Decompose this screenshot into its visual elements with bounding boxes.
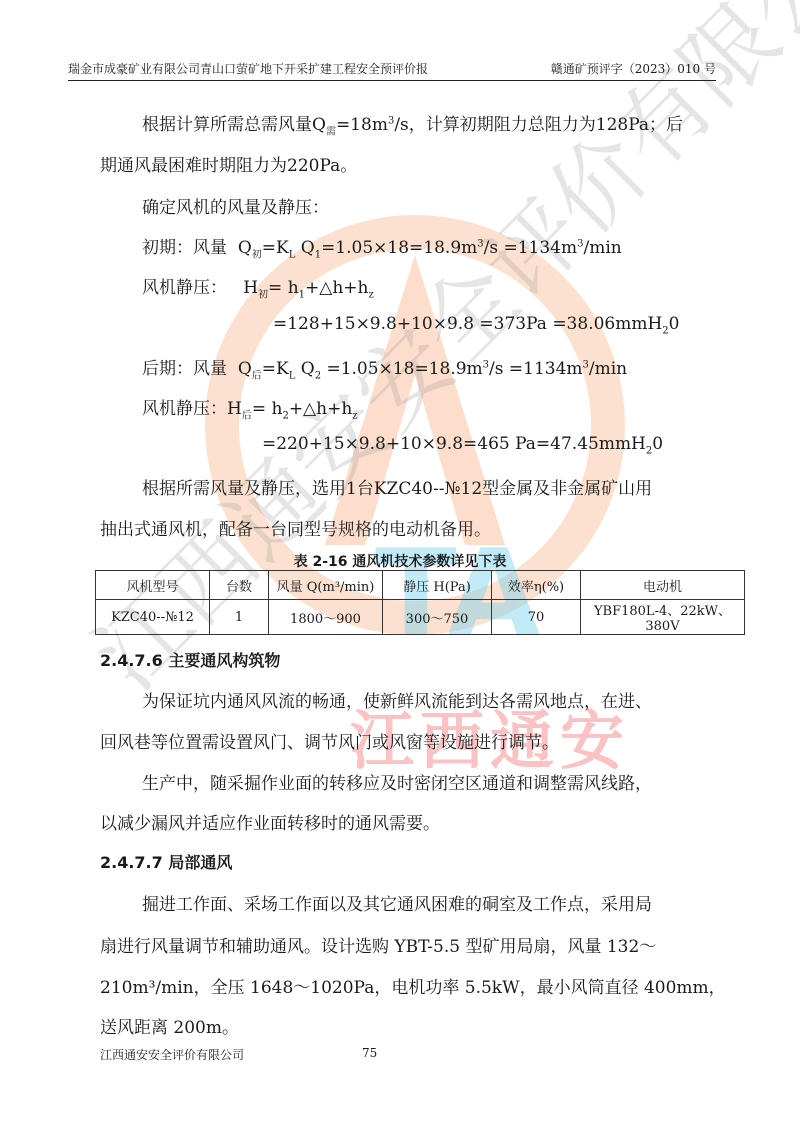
table-cell: KZC40--№12: [96, 600, 210, 635]
paragraph-line: 以减少漏风并适应作业面转移时的通风需要。: [100, 809, 440, 834]
paragraph-line: 掘进工作面、采场工作面以及其它通风困难的硐室及工作点，采用局: [142, 890, 652, 915]
table-cell: 1: [210, 600, 269, 635]
paragraph-line: 期通风最困难时期阻力为220Pa。: [100, 151, 357, 176]
header-report-number: 赣通矿预评字（2023）010 号: [551, 60, 716, 77]
formula-late-airflow: 后期：风量 Q后=KL Q2 =1.05×18=18.9m3/s =1134m3…: [142, 354, 627, 381]
formula-early-airflow: 初期：风量 Q初=KL Q1=1.05×18=18.9m3/s =1134m3/…: [142, 233, 622, 260]
table-cell: 300～750: [383, 600, 492, 635]
footer-company: 江西通安安全评价有限公司: [100, 1046, 244, 1063]
section-heading-2476: 2.4.7.6 主要通风构筑物: [100, 648, 280, 671]
table-header-cell: 风机型号: [96, 571, 210, 600]
table-header-cell: 电动机: [581, 571, 745, 600]
table-caption: 表 2-16 通风机技术参数详见下表: [0, 551, 800, 571]
paragraph-line: 为保证坑内通风风流的畅通，使新鲜风流能到达各需风地点，在进、: [142, 687, 652, 712]
formula-late-static: 风机静压：H后= h2+△h+hz: [142, 394, 358, 421]
paragraph-line: 回风巷等位置需设置风门、调节风门或风窗等设施进行调节。: [100, 728, 559, 753]
paragraph-line: 确定风机的风量及静压：: [142, 193, 329, 218]
table-header-cell: 静压 H(Pa): [383, 571, 492, 600]
paragraph-line: 生产中，随采掘作业面的转移应及时密闭空区通道和调整需风线路，: [142, 769, 652, 794]
header-report-title: 瑞金市成豪矿业有限公司青山口萤矿地下开采扩建工程安全预评价报: [68, 60, 428, 77]
page-header: 瑞金市成豪矿业有限公司青山口萤矿地下开采扩建工程安全预评价报 赣通矿预评字（20…: [68, 58, 716, 81]
page-number: 75: [362, 1046, 377, 1060]
table-header-cell: 风量 Q(m³/min): [269, 571, 383, 600]
formula-late-calc: =220+15×9.8+10×9.8=465 Pa=47.45mmH20: [262, 434, 663, 456]
paragraph-line: 根据所需风量及静压，选用1台KZC40--№12型金属及非金属矿山用: [142, 474, 652, 499]
paragraph-line: 抽出式通风机，配备一台同型号规格的电动机备用。: [100, 515, 491, 540]
table-cell: YBF180L-4、22kW、380V: [581, 600, 745, 635]
paragraph-line: 210m³/min，全压 1648～1020Pa，电机功率 5.5kW，最小风筒…: [100, 973, 726, 998]
table-header-cell: 效率η(%): [492, 571, 581, 600]
table-header-row: 风机型号 台数 风量 Q(m³/min) 静压 H(Pa) 效率η(%) 电动机: [96, 571, 745, 600]
fan-spec-table: 风机型号 台数 风量 Q(m³/min) 静压 H(Pa) 效率η(%) 电动机…: [95, 570, 745, 635]
formula-early-static: 风机静压： H初= h1+△h+hz: [142, 273, 374, 300]
table-row: KZC40--№12 1 1800～900 300～750 70 YBF180L…: [96, 600, 745, 635]
paragraph-line: 根据计算所需总需风量Q需=18m3/s，计算初期阻力总阻力为128Pa；后: [142, 110, 683, 137]
section-heading-2477: 2.4.7.7 局部通风: [100, 850, 232, 873]
table-header-cell: 台数: [210, 571, 269, 600]
formula-early-calc: =128+15×9.8+10×9.8 =373Pa =38.06mmH20: [273, 314, 680, 336]
paragraph-line: 送风距离 200m。: [100, 1013, 239, 1038]
table-cell: 1800～900: [269, 600, 383, 635]
table-cell: 70: [492, 600, 581, 635]
paragraph-line: 扇进行风量调节和辅助通风。设计选购 YBT-5.5 型矿用局扇，风量 132～: [100, 932, 656, 957]
